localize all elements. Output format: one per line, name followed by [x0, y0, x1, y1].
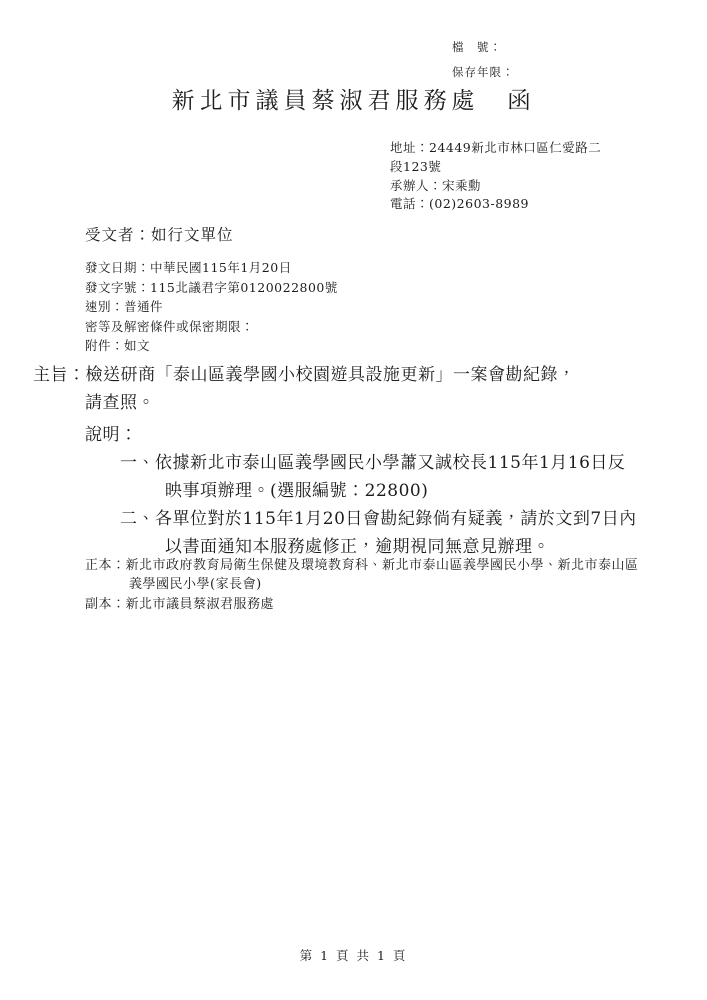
explanation-label: 說明： — [85, 421, 637, 449]
document-title: 新北市議員蔡淑君服務處 函 — [0, 82, 707, 115]
sender-address-line1: 地址：24449新北市林口區仁愛路二 — [390, 139, 690, 158]
issuance-meta-block: 發文日期：中華民國115年1月20日 發文字號：115北議君字第01200228… — [85, 258, 645, 356]
official-letter-page: 檔 號： 保存年限： 新北市議員蔡淑君服務處 函 地址：24449新北市林口區仁… — [0, 0, 707, 1000]
meta-attachment: 附件：如文 — [85, 336, 645, 356]
page-number-footer: 第 1 頁 共 1 頁 — [0, 946, 707, 964]
explanation-item-1: 一、依據新北市泰山區義學國民小學蕭又誠校長115年1月16日反映事項辦理。(選服… — [85, 449, 637, 505]
sender-phone: 電話：(02)2603-8989 — [390, 195, 690, 214]
copies-block: 正本：新北市政府教育局衛生保健及環境教育科、新北市泰山區義學國民小學、新北市泰山… — [85, 556, 645, 614]
meta-issue-number: 發文字號：115北議君字第0120022800號 — [85, 278, 645, 298]
file-number-label: 檔 號： — [452, 35, 515, 60]
explanation-item-2: 二、各單位對於115年1月20日會勘紀錄倘有疑義，請於文到7日內以書面通知本服務… — [85, 505, 637, 561]
recipient-line: 受文者：如行文單位 — [85, 223, 234, 245]
carbon-copy-line: 副本：新北市議員蔡淑君服務處 — [85, 595, 645, 614]
original-copy-line: 正本：新北市政府教育局衛生保健及環境教育科、新北市泰山區義學國民小學、新北市泰山… — [85, 556, 645, 595]
explanation-block: 說明： 一、依據新北市泰山區義學國民小學蕭又誠校長115年1月16日反映事項辦理… — [85, 421, 637, 561]
meta-security-class: 密等及解密條件或保密期限： — [85, 317, 645, 337]
sender-address-line2: 段123號 — [390, 158, 690, 177]
subject-paragraph: 主旨：檢送研商「泰山區義學國小校園遊具設施更新」一案會勘紀錄，請查照。 — [85, 361, 581, 417]
sender-contact-person: 承辦人：宋乘勳 — [390, 177, 690, 196]
meta-issue-date: 發文日期：中華民國115年1月20日 — [85, 258, 645, 278]
sender-info-block: 地址：24449新北市林口區仁愛路二 段123號 承辦人：宋乘勳 電話：(02)… — [390, 139, 690, 214]
file-number-block: 檔 號： 保存年限： — [452, 35, 515, 85]
meta-speed-class: 速別：普通件 — [85, 297, 645, 317]
